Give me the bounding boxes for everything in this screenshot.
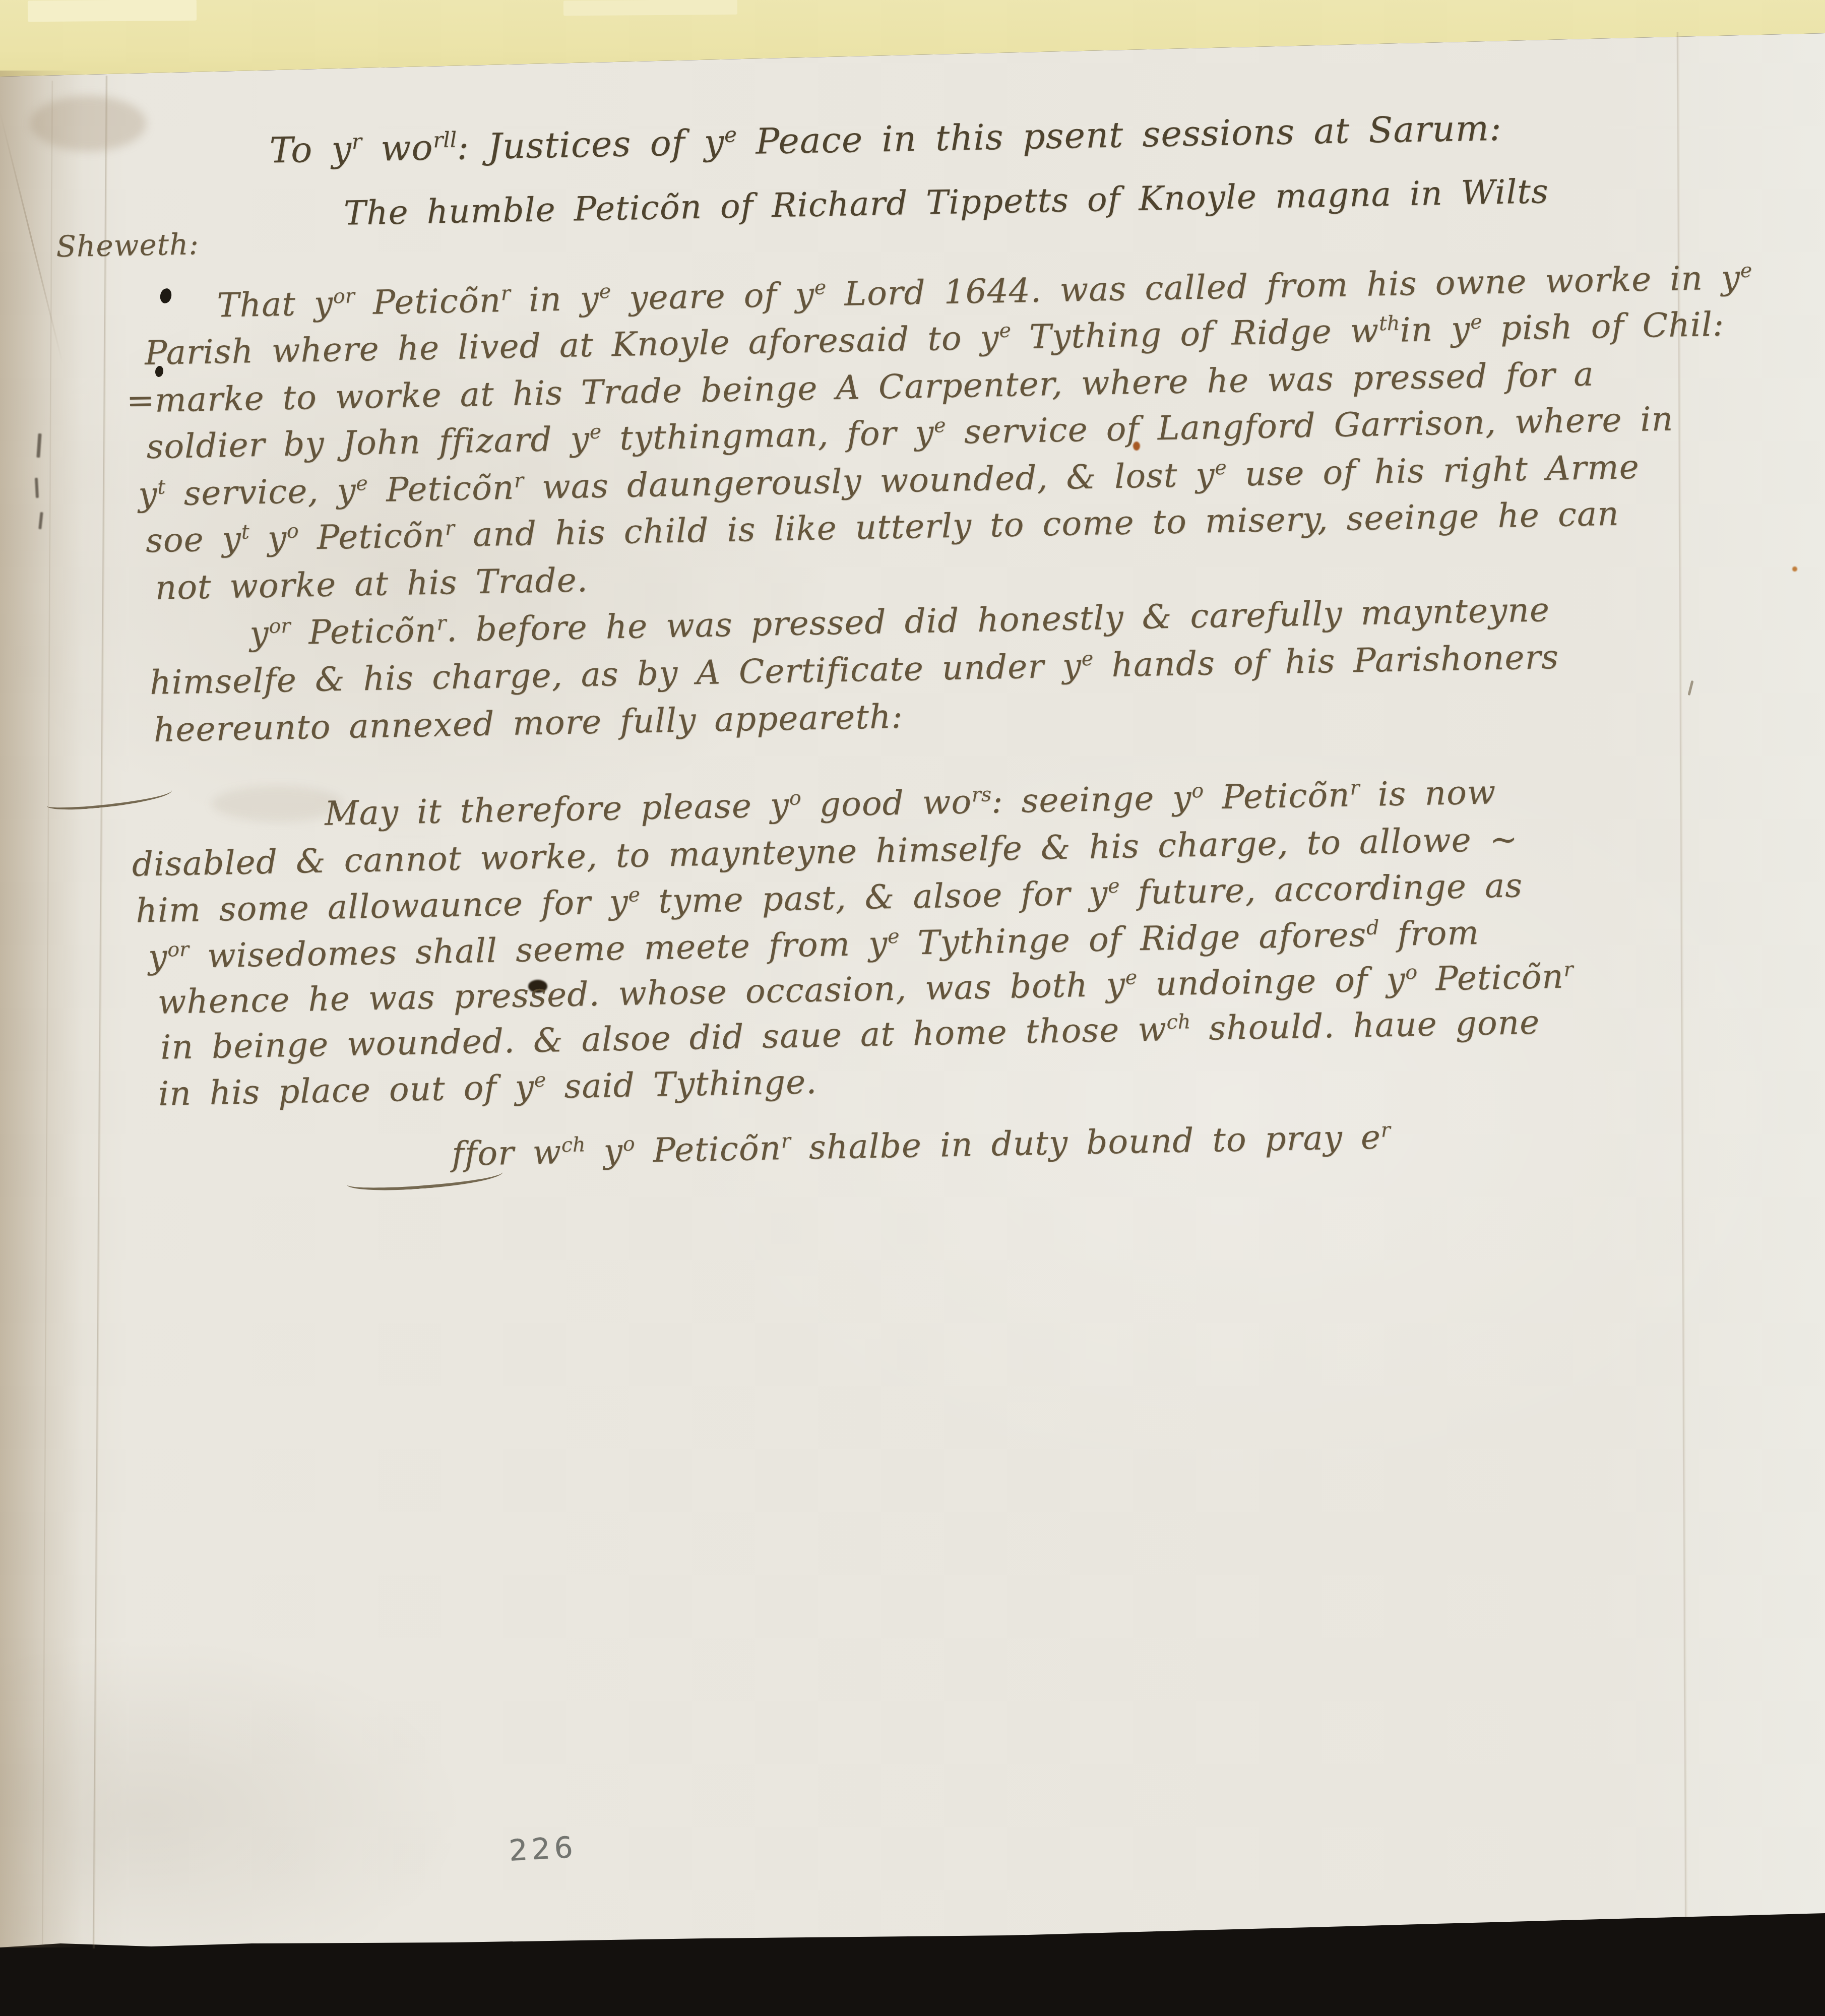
line-text: y [138, 475, 158, 514]
superscript-text: e [999, 319, 1011, 342]
line-text: y [148, 937, 168, 976]
superscript-text: t [157, 475, 166, 498]
line-text: himselfe & his charge, as by A Certifica… [149, 646, 1082, 702]
superscript-text: d [1366, 916, 1379, 939]
para2-line3: heereunto annexed more fully appeareth: [153, 697, 903, 749]
superscript-text: e [534, 1068, 546, 1092]
superscript-text: rs [971, 783, 991, 806]
line-text: from [1379, 913, 1480, 954]
line-text: To y [269, 129, 352, 171]
line-text: y [249, 614, 270, 653]
line-text: Peticõn [290, 611, 437, 652]
superscript-text: o [1191, 779, 1204, 802]
line-text: wo [361, 127, 433, 170]
line-text: Peticõn [1417, 957, 1564, 998]
superscript-text: o [286, 520, 299, 543]
superscript-text: e [888, 925, 900, 948]
line-text: Lord 1644. was called from his owne work… [826, 258, 1741, 313]
superscript-text: t [241, 520, 249, 543]
line-text: Sheweth: [56, 227, 200, 264]
superscript-text: e [1470, 310, 1482, 333]
line-text: y [249, 519, 287, 558]
line-text: was daungerously wounded, & lost y [523, 455, 1215, 507]
line-text: Tything of Ridge w [1011, 311, 1379, 356]
line-text: Peticõn [367, 468, 515, 510]
line-text: hands of his Parishoners [1093, 638, 1559, 685]
superscript-text: or [167, 938, 190, 962]
line-text: future, accordinge as [1119, 866, 1523, 912]
line-text: undoinge of y [1137, 960, 1406, 1003]
line-text: y [585, 1131, 623, 1171]
para3-line7: in his place out of ye said Tythinge. [158, 1062, 817, 1113]
line-text: in y [510, 279, 599, 320]
line-text: The humble Peticõn of Richard Tippetts o… [343, 172, 1549, 233]
sheweth-label: Sheweth: [56, 227, 200, 264]
line-text: tythingman, for y [601, 413, 934, 458]
superscript-text: r [351, 129, 362, 154]
superscript-text: ch [1166, 1010, 1190, 1034]
line-text: May it therefore please y [324, 786, 789, 833]
line-text: Peticõn [635, 1128, 782, 1170]
heading-petitioner: The humble Peticõn of Richard Tippetts o… [343, 172, 1549, 233]
superscript-text: e [599, 280, 611, 303]
superscript-text: e [934, 414, 946, 437]
manuscript-photo: 226 To yr worll: Justices of ye Peace in… [0, 0, 1825, 2016]
line-text: Peticõn [298, 516, 446, 557]
line-text: soe y [145, 520, 241, 560]
line-text: not worke at his Trade. [155, 560, 588, 607]
superscript-text: e [724, 122, 737, 147]
superscript-text: e [1108, 874, 1120, 898]
superscript-text: e [1740, 259, 1752, 282]
superscript-text: or [269, 614, 291, 638]
line-text: good wo [801, 782, 972, 824]
line-text: yeare of y [611, 275, 815, 318]
line-text: That y [217, 284, 334, 325]
line-text: service of Langford Garrison, where in [946, 400, 1674, 452]
superscript-text: e [814, 276, 826, 299]
superscript-text: th [1379, 311, 1400, 335]
superscript-text: ch [561, 1133, 585, 1157]
page-number: 226 [508, 1830, 578, 1868]
line-text: Peace in this psent sessions at Sarum: [736, 107, 1502, 163]
line-text: Peticõn [1204, 775, 1351, 816]
line-text: in his place out of y [158, 1067, 534, 1113]
heading-address: To yr worll: Justices of ye Peace in thi… [269, 107, 1502, 171]
superscript-text: o [1405, 961, 1418, 984]
superscript-text: e [589, 420, 601, 444]
line-text: heereunto annexed more fully appeareth: [153, 697, 903, 749]
line-text: shalbe in duty bound to pray e [790, 1117, 1381, 1167]
superscript-text: e [628, 883, 640, 906]
handwriting-layer: 226 To yr worll: Justices of ye Peace in… [0, 0, 1825, 2016]
line-text: should. haue gone [1190, 1003, 1540, 1048]
superscript-text: r [1380, 1118, 1391, 1142]
line-text: Tythinge of Ridge afores [899, 915, 1367, 963]
line-text: ffor w [452, 1132, 562, 1173]
line-text: soldier by John ffizard y [146, 419, 590, 466]
line-text: : Justices of y [457, 121, 725, 168]
superscript-text: or [333, 284, 355, 308]
superscript-text: e [1081, 647, 1093, 670]
line-text: in y [1400, 309, 1471, 350]
closing-line: ffor wch yo Peticõnr shalbe in duty boun… [452, 1117, 1391, 1173]
superscript-text: rll [433, 127, 457, 152]
superscript-text: o [622, 1132, 635, 1156]
line-text: wisedomes shall seeme meete from y [188, 924, 888, 975]
line-text: use of his right Arme [1226, 448, 1640, 494]
superscript-text: r [436, 611, 447, 635]
superscript-text: e [1215, 456, 1227, 479]
superscript-text: r [1350, 776, 1360, 799]
line-text: said Tythinge. [546, 1062, 817, 1106]
superscript-text: r [514, 469, 524, 492]
line-text: : seeinge y [991, 778, 1192, 821]
superscript-text: e [356, 472, 368, 495]
superscript-text: r [445, 517, 455, 540]
line-text: pish of Chil: [1482, 305, 1725, 348]
superscript-text: r [1563, 958, 1574, 981]
para1-line7: not worke at his Trade. [155, 560, 588, 607]
line-text: is now [1359, 773, 1496, 814]
line-text: him some allowaunce for y [136, 883, 629, 930]
superscript-text: r [500, 282, 511, 305]
line-text: Parish where he lived at Knoyle aforesai… [144, 318, 999, 372]
line-text: Peticõn [354, 281, 501, 322]
superscript-text: o [789, 786, 801, 809]
superscript-text: r [781, 1129, 791, 1153]
line-text: tyme past, & alsoe for y [640, 873, 1108, 921]
superscript-text: e [1125, 966, 1137, 989]
line-text: service, y [165, 471, 356, 513]
